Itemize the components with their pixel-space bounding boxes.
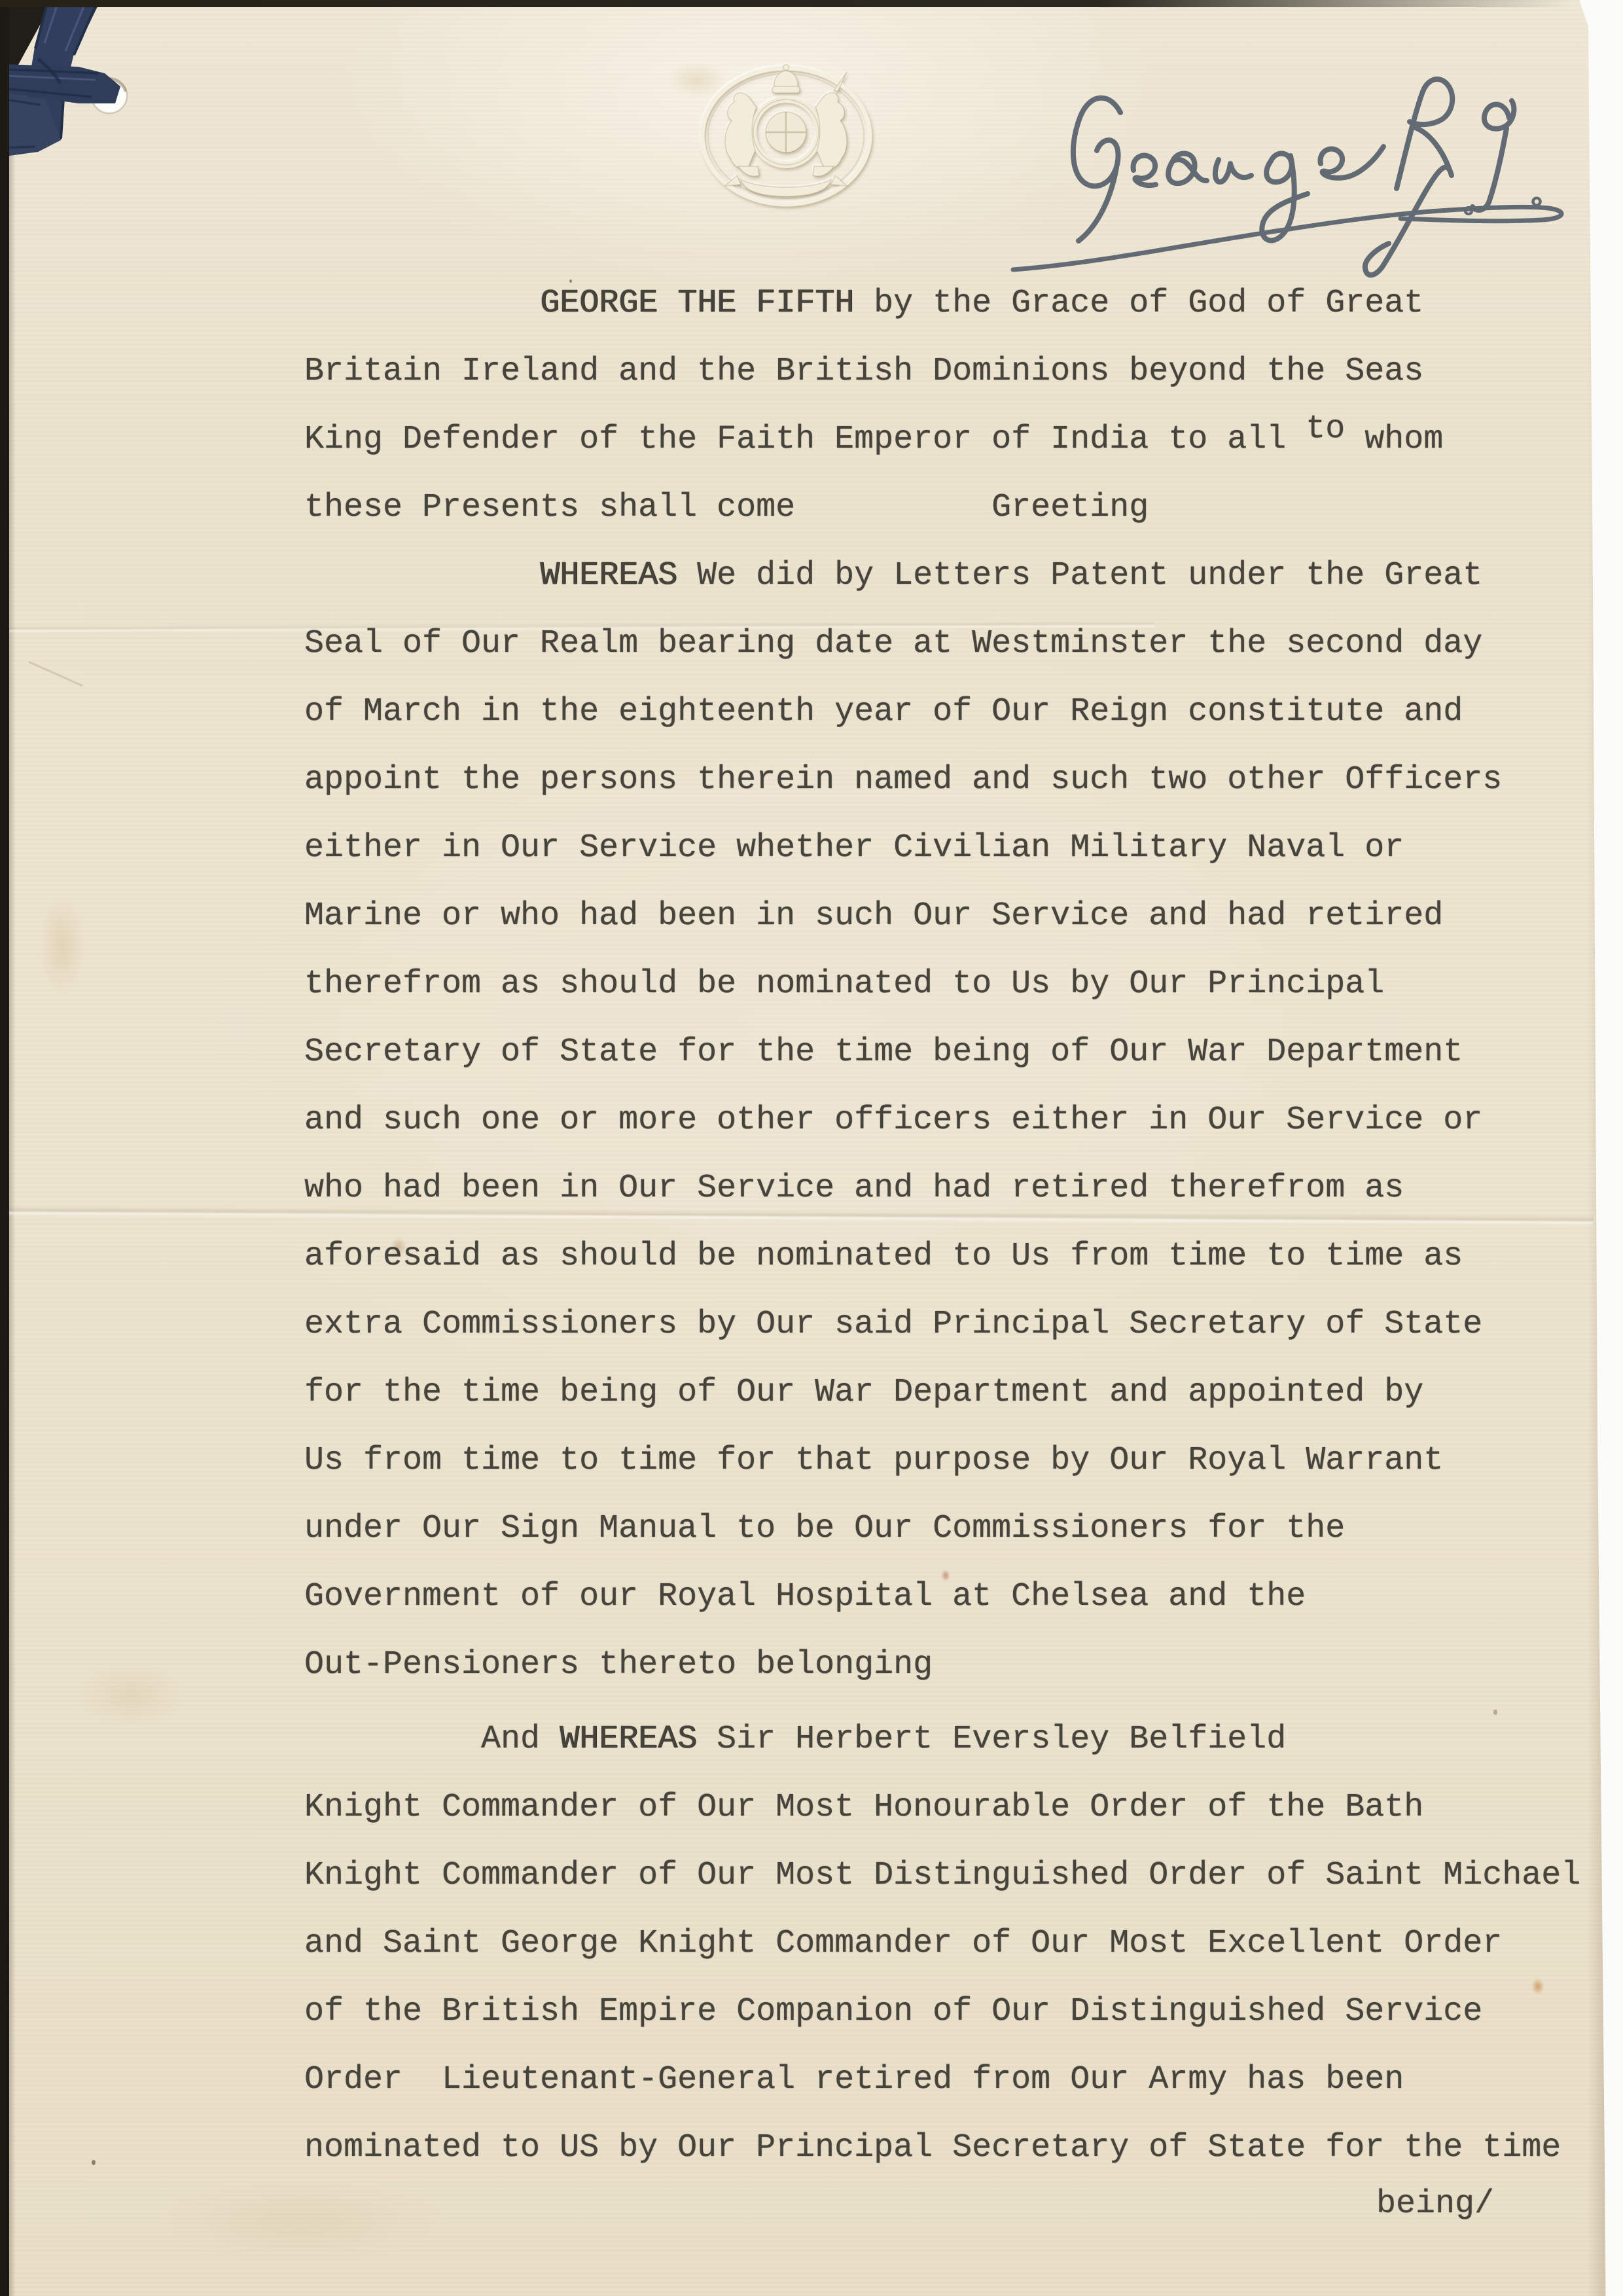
typed-line: WHEREAS We did by Letters Patent under t… <box>304 542 1580 610</box>
typed-line: Out-Pensioners thereto belonging <box>304 1631 1580 1699</box>
typed-line: Seal of Our Realm bearing date at Westmi… <box>304 610 1580 678</box>
typed-line: Secretary of State for the time being of… <box>304 1018 1580 1086</box>
typed-line: Order Lieutenant-General retired from Ou… <box>304 2046 1580 2114</box>
catchword: being/ <box>1376 2185 1494 2224</box>
typed-line: nominated to US by Our Principal Secreta… <box>304 2114 1580 2182</box>
royal-coat-of-arms-seal-icon <box>686 51 886 219</box>
typed-line: appoint the persons therein named and su… <box>304 746 1580 814</box>
typed-line: Government of our Royal Hospital at Chel… <box>304 1563 1580 1631</box>
typed-line: aforesaid as should be nominated to Us f… <box>304 1223 1580 1291</box>
typed-line: Britain Ireland and the British Dominion… <box>304 338 1580 406</box>
typed-line: therefrom as should be nominated to Us b… <box>304 950 1580 1018</box>
typed-line: Us from time to time for that purpose by… <box>304 1427 1580 1495</box>
paper-left-edge-shadow <box>9 0 16 2296</box>
typed-line: these Presents shall come Greeting <box>304 474 1580 542</box>
binding-ribbon-icon <box>0 0 275 275</box>
typed-line: under Our Sign Manual to be Our Commissi… <box>304 1495 1580 1563</box>
typed-line: and such one or more other officers eith… <box>304 1086 1580 1155</box>
typed-line: of March in the eighteenth year of Our R… <box>304 678 1580 746</box>
typed-line: Knight Commander of Our Most Honourable … <box>304 1774 1580 1842</box>
typed-line: who had been in Our Service and had reti… <box>304 1155 1580 1223</box>
typed-line: Knight Commander of Our Most Distinguish… <box>304 1842 1580 1910</box>
typed-line: for the time being of Our War Department… <box>304 1359 1580 1427</box>
typed-line: extra Commissioners by Our said Principa… <box>304 1291 1580 1359</box>
scanner-edge-top <box>0 0 1571 7</box>
typed-line: Marine or who had been in such Our Servi… <box>304 882 1580 950</box>
scanner-edge-left <box>0 0 9 2296</box>
typed-line: of the British Empire Companion of Our D… <box>304 1978 1580 2046</box>
paper-speck <box>92 2160 96 2165</box>
typed-line: either in Our Service whether Civilian M… <box>304 814 1580 882</box>
george-ri-signature <box>982 13 1623 301</box>
typed-line: and Saint George Knight Commander of Our… <box>304 1910 1580 1978</box>
typed-line: King Defender of the Faith Emperor of In… <box>304 406 1580 474</box>
typed-text: GEORGE THE FIFTH by the Grace of God of … <box>304 270 1580 2182</box>
typed-line: And WHEREAS Sir Herbert Eversley Belfiel… <box>304 1706 1580 1774</box>
